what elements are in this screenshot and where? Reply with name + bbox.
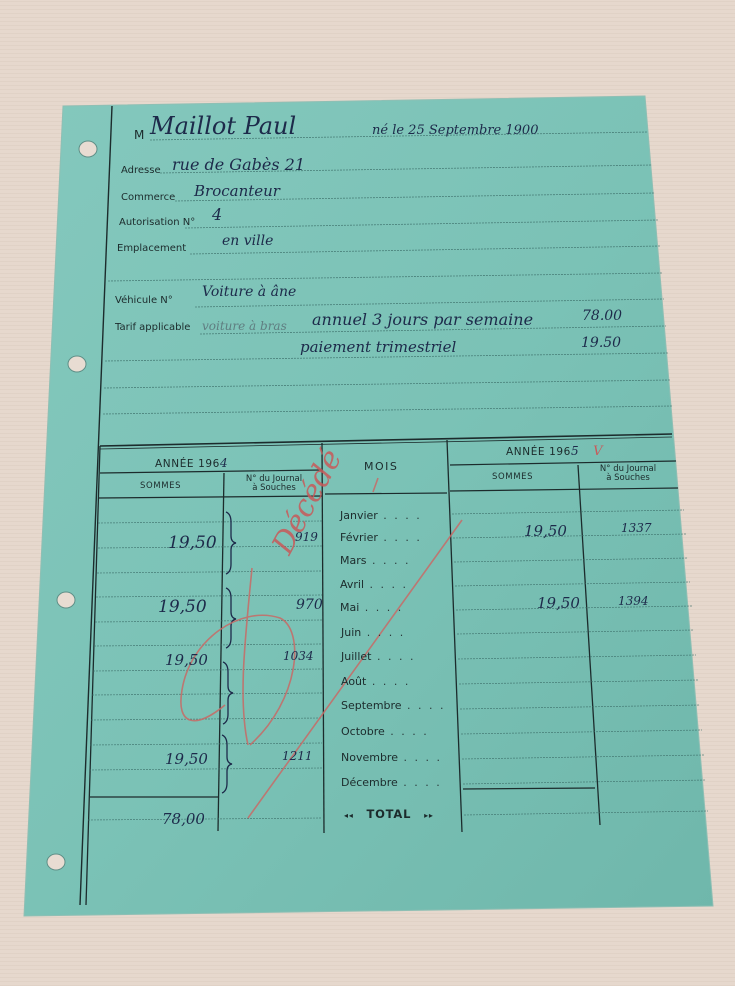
amount-1965-mai: 19,50 [537,596,580,611]
tariff-line1-amount: 78.00 [582,309,622,323]
amount-1964-novembre: 19,50 [165,752,208,767]
year-1964-header: ANNÉE 1964 [155,457,228,470]
month-mai: Mai [340,602,403,613]
month-octobre: Octobre [341,726,429,737]
tariff-line2: paiement trimestriel [300,340,456,355]
punch-hole-bottom [47,854,65,870]
year-left-digit: 4 [220,456,228,470]
year-1965-header: ANNÉE 1965 V [506,445,603,458]
month-janvier: Janvier [340,510,422,521]
month-juillet: Juillet [341,651,415,662]
registration-card [0,0,735,986]
total-arrow-left-icon: ◂◂ [344,811,354,820]
amount-1964-mai: 19,50 [158,599,207,616]
vehicle-value: Voiture à âne [202,285,296,299]
name-label: M [134,129,144,141]
journal-header-line2: à Souches [582,474,674,483]
location-label: Emplacement [117,244,186,254]
journal-1965-mai: 1394 [618,595,649,607]
authorization-label: Autorisation N° [119,218,195,228]
total-arrow-right-icon: ▸▸ [424,811,434,820]
year-left-label: ANNÉE 196 [155,458,220,470]
month-novembre: Novembre [341,752,442,763]
address-value: rue de Gabès 21 [172,157,305,173]
journal-1965-fevrier: 1337 [621,522,652,534]
commerce-label: Commerce [121,193,175,203]
amount-1964-juillet: 19,50 [165,653,208,668]
year-right-check: V [593,444,603,459]
amount-1964-fevrier: 19,50 [168,535,217,552]
address-label: Adresse [121,166,161,176]
vehicle-label: Véhicule N° [115,296,173,306]
amount-1965-fevrier: 19,50 [524,524,567,539]
commerce-value: Brocanteur [194,184,280,199]
total-row-label: ◂◂ TOTAL ▸▸ [344,809,434,821]
month-mars: Mars [340,555,410,566]
journal-1964-juillet: 1034 [283,650,314,662]
sommes-header-1965: SOMMES [492,473,533,482]
tariff-label: Tarif applicable [115,323,190,333]
month-avril: Avril [340,579,408,590]
journal-1964-novembre: 1211 [282,750,313,762]
month-aout: Août [341,676,410,687]
month-septembre: Septembre [341,700,446,711]
punch-hole-middle [68,356,86,372]
tariff-pencil-note: voiture à bras [202,320,287,332]
punch-hole-lower [57,592,75,608]
journal-1964-mai: 970 [296,598,323,612]
name-value: Maillot Paul [150,114,296,138]
year-right-label: ANNÉE 196 [506,446,571,458]
year-right-digit: 5 [571,444,579,458]
punch-hole-top [79,141,97,157]
month-fevrier: Février [340,532,422,543]
tariff-line1: annuel 3 jours par semaine [312,312,533,328]
month-decembre: Décembre [341,777,442,788]
sommes-header-1964: SOMMES [140,482,181,491]
birth-note: né le 25 Septembre 1900 [372,124,538,137]
months-header: MOIS [364,461,398,472]
authorization-value: 4 [212,207,222,223]
tariff-line2-amount: 19.50 [581,336,621,350]
month-juin: Juin [341,627,405,638]
journal-header-1965: N° du Journal à Souches [582,465,674,484]
total-label: TOTAL [366,807,411,821]
total-1964: 78,00 [162,812,205,827]
location-value: en ville [222,234,273,248]
